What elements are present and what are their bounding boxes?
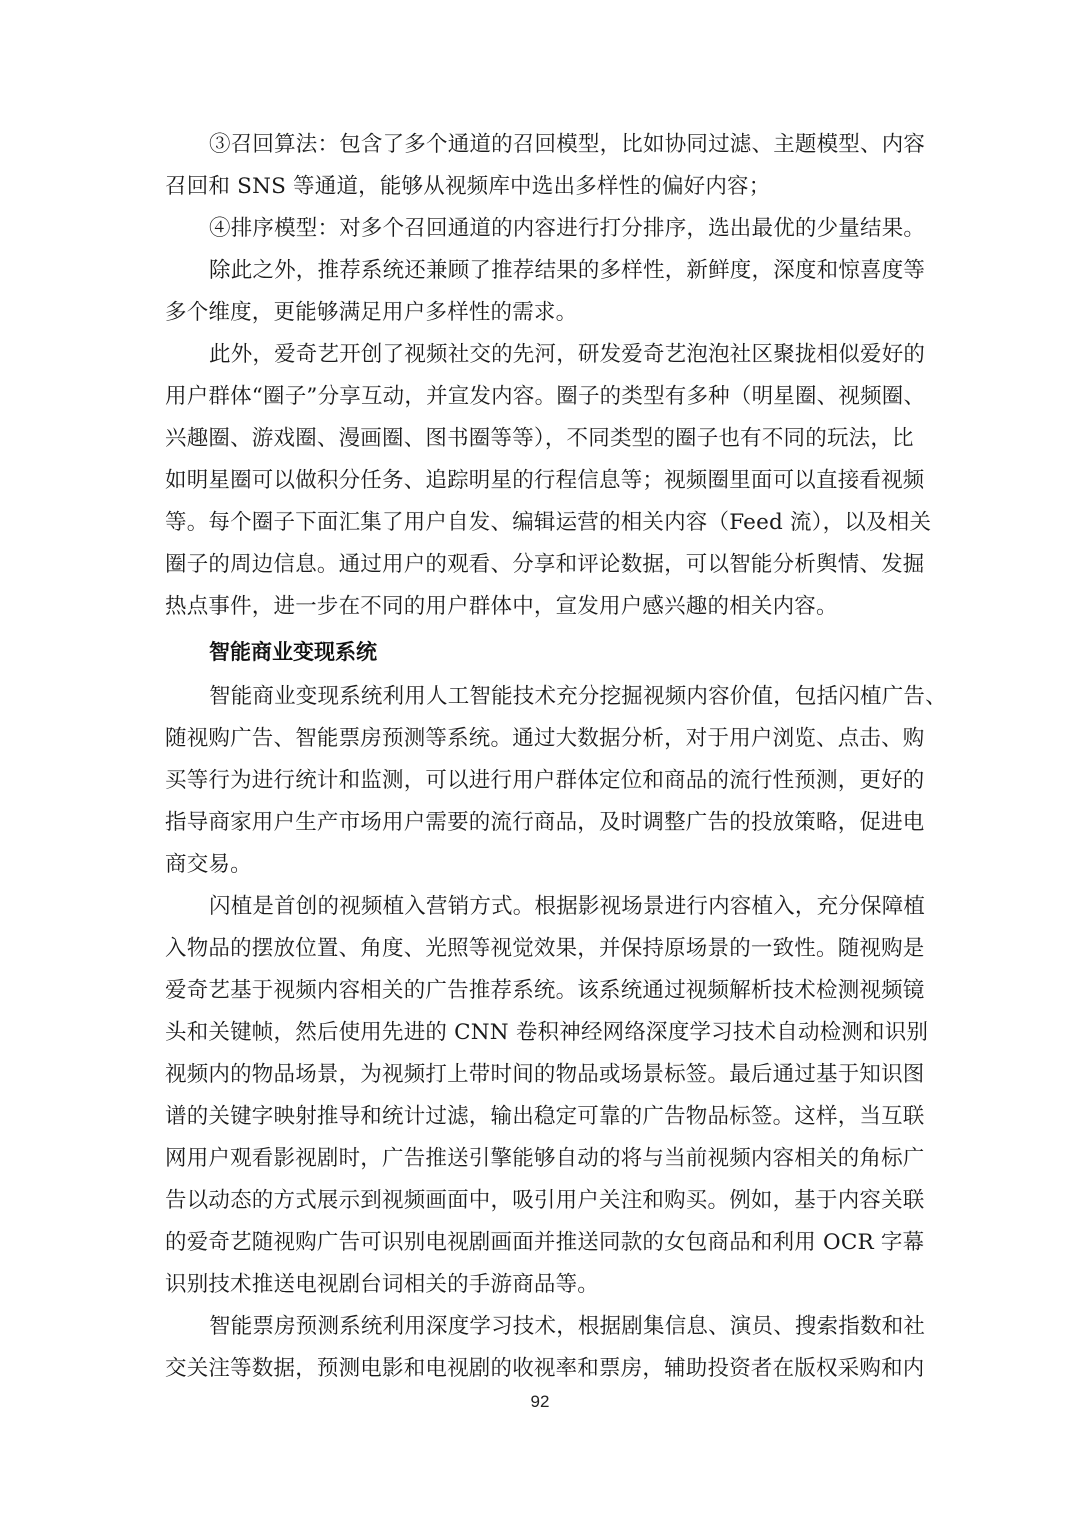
paragraph-line: 爱奇艺基于视频内容相关的广告推荐系统。该系统通过视频解析技术检测视频镜 [165,970,917,1012]
document-page: ③召回算法：包含了多个通道的召回模型，比如协同过滤、主题模型、内容 召回和 SN… [165,124,917,1390]
paragraph-line: 热点事件，进一步在不同的用户群体中，宣发用户感兴趣的相关内容。 [165,586,917,628]
paragraph-line: 多个维度，更能够满足用户多样性的需求。 [165,292,917,334]
paragraph-line: 兴趣圈、游戏圈、漫画圈、图书圈等等），不同类型的圈子也有不同的玩法，比 [165,418,917,460]
paragraph-line: 入物品的摆放位置、角度、光照等视觉效果，并保持原场景的一致性。随视购是 [165,928,917,970]
paragraph-line: 交关注等数据，预测电影和电视剧的收视率和票房，辅助投资者在版权采购和内 [165,1348,917,1390]
section-heading: 智能商业变现系统 [165,628,917,676]
paragraph-line: 除此之外，推荐系统还兼顾了推荐结果的多样性，新鲜度，深度和惊喜度等 [165,250,917,292]
paragraph-line: 网用户观看影视剧时，广告推送引擎能够自动的将与当前视频内容相关的角标广 [165,1138,917,1180]
paragraph-line: 视频内的物品场景，为视频打上带时间的物品或场景标签。最后通过基于知识图 [165,1054,917,1096]
paragraph-line: 买等行为进行统计和监测，可以进行用户群体定位和商品的流行性预测，更好的 [165,760,917,802]
paragraph-line: 智能商业变现系统利用人工智能技术充分挖掘视频内容价值，包括闪植广告、 [165,676,917,718]
paragraph-line: 商交易。 [165,844,917,886]
paragraph-line: 用户群体“圈子”分享互动，并宣发内容。圈子的类型有多种（明星圈、视频圈、 [165,376,917,418]
paragraph-line: 的爱奇艺随视购广告可识别电视剧画面并推送同款的女包商品和利用 OCR 字幕 [165,1222,917,1264]
paragraph-line: 圈子的周边信息。通过用户的观看、分享和评论数据，可以智能分析舆情、发掘 [165,544,917,586]
paragraph-line: 头和关键帧，然后使用先进的 CNN 卷积神经网络深度学习技术自动检测和识别 [165,1012,917,1054]
paragraph-line: 指导商家用户生产市场用户需要的流行商品，及时调整广告的投放策略，促进电 [165,802,917,844]
paragraph-line: 此外，爱奇艺开创了视频社交的先河，研发爱奇艺泡泡社区聚拢相似爱好的 [165,334,917,376]
paragraph-line: 如明星圈可以做积分任务、追踪明星的行程信息等；视频圈里面可以直接看视频 [165,460,917,502]
paragraph-line: ④排序模型：对多个召回通道的内容进行打分排序，选出最优的少量结果。 [165,208,917,250]
page-number: 92 [0,1392,1080,1412]
paragraph-line: 召回和 SNS 等通道，能够从视频库中选出多样性的偏好内容； [165,166,917,208]
paragraph-line: ③召回算法：包含了多个通道的召回模型，比如协同过滤、主题模型、内容 [165,124,917,166]
paragraph-line: 闪植是首创的视频植入营销方式。根据影视场景进行内容植入，充分保障植 [165,886,917,928]
paragraph-line: 识别技术推送电视剧台词相关的手游商品等。 [165,1264,917,1306]
paragraph-line: 告以动态的方式展示到视频画面中，吸引用户关注和购买。例如，基于内容关联 [165,1180,917,1222]
paragraph-line: 谱的关键字映射推导和统计过滤，输出稳定可靠的广告物品标签。这样，当互联 [165,1096,917,1138]
paragraph-line: 智能票房预测系统利用深度学习技术，根据剧集信息、演员、搜索指数和社 [165,1306,917,1348]
paragraph-line: 等。每个圈子下面汇集了用户自发、编辑运营的相关内容（Feed 流），以及相关 [165,502,917,544]
paragraph-line: 随视购广告、智能票房预测等系统。通过大数据分析，对于用户浏览、点击、购 [165,718,917,760]
